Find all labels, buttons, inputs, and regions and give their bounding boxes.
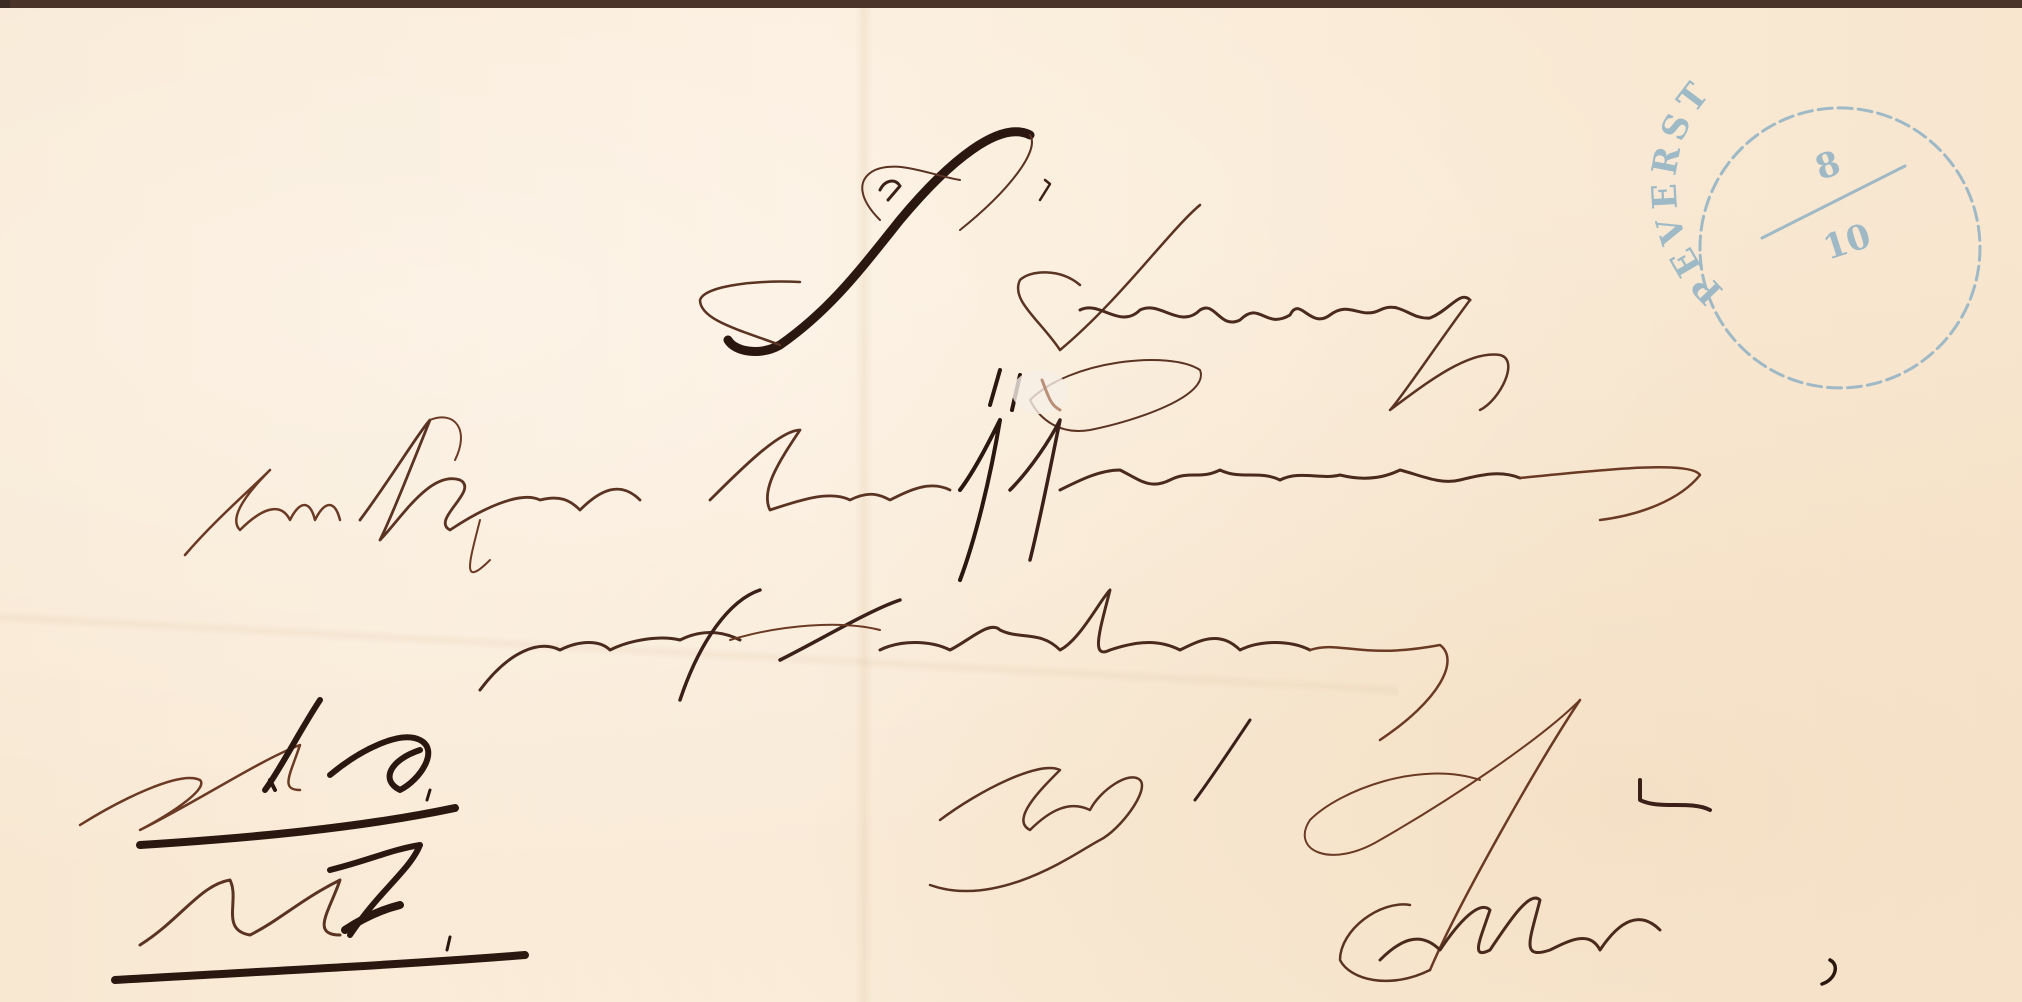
handwriting-ink <box>0 0 2022 1002</box>
script-line4 <box>930 700 1835 984</box>
paper-damage-spot <box>1012 370 1068 414</box>
script-annotation <box>80 700 525 980</box>
script-salutation-s <box>700 132 1050 352</box>
script-excellenz <box>990 205 1508 431</box>
script-line2 <box>185 417 1700 580</box>
script-line3 <box>480 590 1448 740</box>
